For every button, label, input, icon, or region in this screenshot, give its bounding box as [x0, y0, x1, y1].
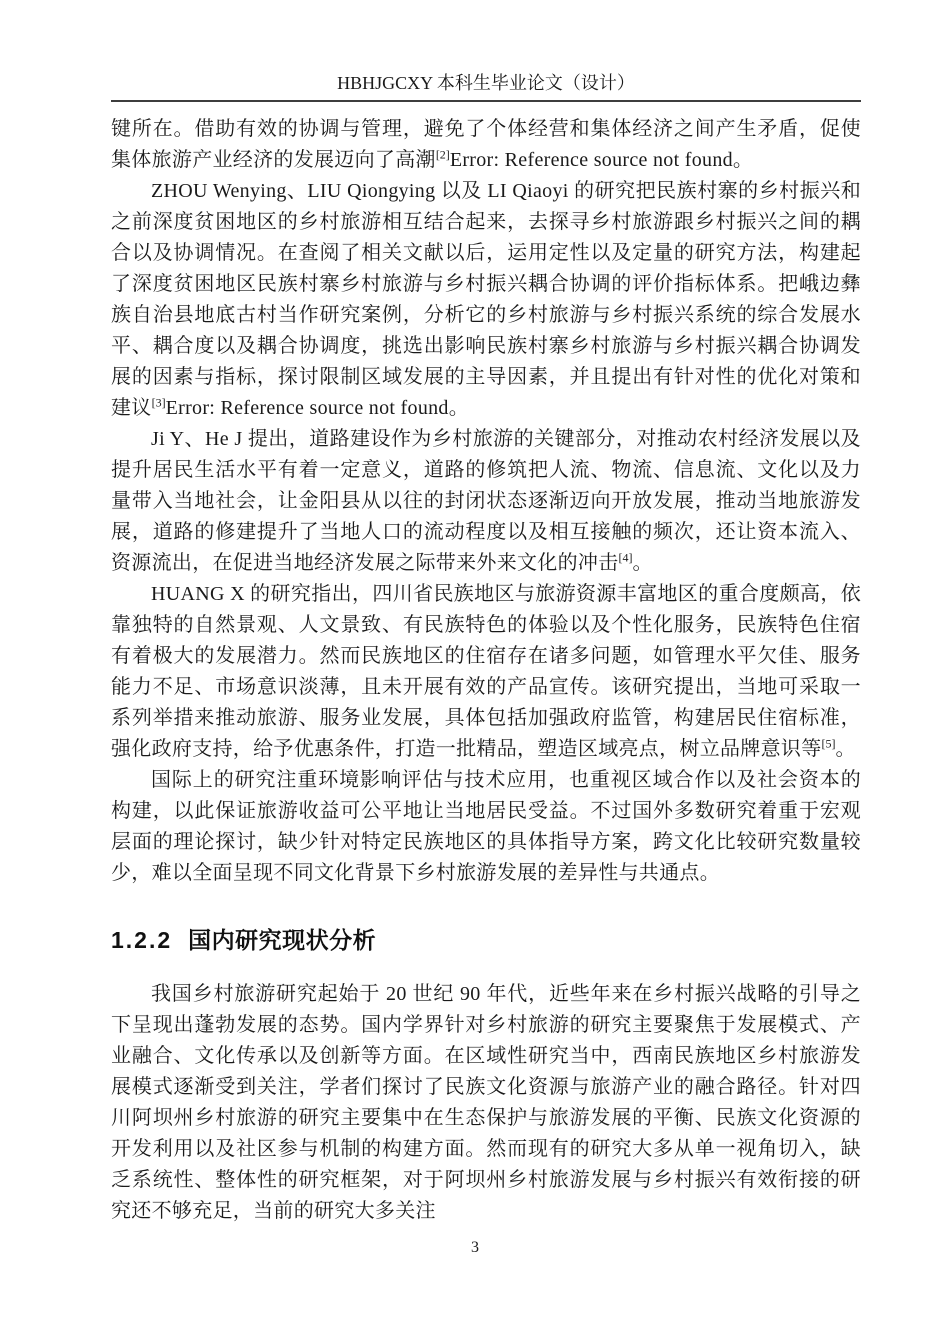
- page-footer: 3: [0, 1238, 950, 1258]
- paragraph-text: HUANG X 的研究指出，四川省民族地区与旅游资源丰富地区的重合度颇高，依靠独…: [111, 583, 861, 760]
- paragraph-text: ZHOU Wenying、LIU Qiongying 以及 LI Qiaoyi …: [111, 180, 861, 419]
- paragraph-text: 。: [836, 738, 856, 760]
- thesis-page: HBHJGCXY 本科生毕业论文（设计） 键所在。借助有效的协调与管理，避免了个…: [0, 0, 950, 1344]
- page-header-title: HBHJGCXY 本科生毕业论文（设计）: [337, 73, 635, 93]
- paragraph-domestic-study-1: 我国乡村旅游研究起始于 20 世纪 90 年代，近些年来在乡村振兴战略的引导之下…: [111, 979, 861, 1227]
- error-reference-text: Error: Reference source not found。: [450, 149, 753, 171]
- error-reference-text: Error: Reference source not found。: [166, 397, 469, 419]
- citation-ref-2: [2]: [436, 147, 450, 161]
- paragraph-text: 。: [633, 552, 653, 574]
- citation-ref-4: [4]: [619, 550, 633, 564]
- section-heading-1-2-2: 1.2.2国内研究现状分析: [111, 925, 861, 955]
- citation-ref-3: [3]: [152, 395, 166, 409]
- page-header: HBHJGCXY 本科生毕业论文（设计）: [111, 70, 861, 102]
- page-number: 3: [471, 1239, 479, 1256]
- paragraph-foreign-study-2: ZHOU Wenying、LIU Qiongying 以及 LI Qiaoyi …: [111, 176, 861, 424]
- paragraph-text: Ji Y、He J 提出，道路建设作为乡村旅游的关键部分，对推动农村经济发展以及…: [111, 428, 861, 574]
- paragraph-foreign-study-1: 键所在。借助有效的协调与管理，避免了个体经营和集体经济之间产生矛盾，促使集体旅游…: [111, 114, 861, 176]
- section-heading-title: 国内研究现状分析: [188, 927, 376, 953]
- document-body: 键所在。借助有效的协调与管理，避免了个体经营和集体经济之间产生矛盾，促使集体旅游…: [111, 114, 861, 1227]
- paragraph-text: 我国乡村旅游研究起始于 20 世纪 90 年代，近些年来在乡村振兴战略的引导之下…: [111, 983, 861, 1222]
- paragraph-foreign-study-summary: 国际上的研究注重环境影响评估与技术应用，也重视区域合作以及社会资本的构建，以此保…: [111, 765, 861, 889]
- paragraph-foreign-study-4: HUANG X 的研究指出，四川省民族地区与旅游资源丰富地区的重合度颇高，依靠独…: [111, 579, 861, 765]
- paragraph-text: 国际上的研究注重环境影响评估与技术应用，也重视区域合作以及社会资本的构建，以此保…: [111, 769, 861, 884]
- citation-ref-5: [5]: [822, 736, 836, 750]
- section-heading-number: 1.2.2: [111, 927, 172, 953]
- paragraph-foreign-study-3: Ji Y、He J 提出，道路建设作为乡村旅游的关键部分，对推动农村经济发展以及…: [111, 424, 861, 579]
